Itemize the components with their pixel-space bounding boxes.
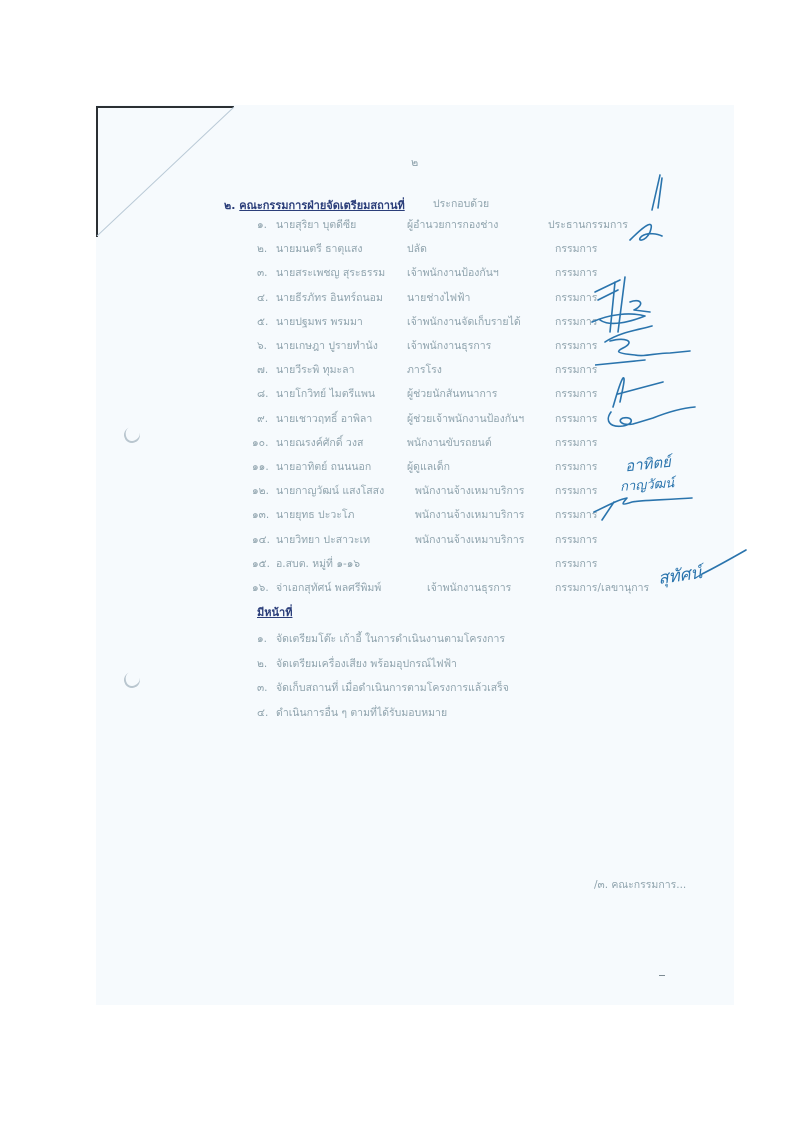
member-position: ผู้ดูแลเด็ก bbox=[407, 462, 450, 473]
section-title: คณะกรรมการฝ่ายจัดเตรียมสถานที่ bbox=[239, 199, 404, 212]
member-name: นายวีระพิ ทุมะลา bbox=[276, 365, 354, 376]
member-position: พนักงานจ้างเหมาบริการ bbox=[415, 486, 524, 497]
member-position: พนักงานจ้างเหมาบริการ bbox=[415, 535, 524, 546]
member-position: เจ้าพนักงานธุรการ bbox=[427, 583, 511, 594]
duty-text: จัดเตรียมเครื่องเสียง พร้อมอุปกรณ์ไฟฟ้า bbox=[276, 659, 457, 670]
duty-number: ๔. bbox=[257, 708, 268, 719]
member-position: เจ้าพนักงานจัดเก็บรายได้ bbox=[407, 317, 521, 328]
section-heading: ๒. คณะกรรมการฝ่ายจัดเตรียมสถานที่ bbox=[224, 200, 405, 211]
member-name: นายสุริยา บุตดีซีย bbox=[276, 220, 356, 231]
duty-text: ดำเนินการอื่น ๆ ตามที่ได้รับมอบหมาย bbox=[276, 708, 447, 719]
member-number: ๑๔. bbox=[252, 535, 270, 546]
member-number: ๓. bbox=[257, 268, 268, 279]
member-position: ผู้ช่วยเจ้าพนักงานป้องกันฯ bbox=[407, 414, 524, 425]
member-role: กรรมการ bbox=[555, 535, 597, 546]
member-number: ๘. bbox=[257, 389, 268, 400]
page-number: ๒ bbox=[411, 157, 418, 168]
duty-number: ๒. bbox=[257, 659, 267, 670]
member-position: ปลัด bbox=[407, 244, 427, 255]
member-name: นายวิทยา ปะสาวะเท bbox=[276, 535, 370, 546]
member-position: นายช่างไฟฟ้า bbox=[407, 293, 470, 304]
member-role: กรรมการ bbox=[555, 389, 597, 400]
member-number: ๖. bbox=[257, 341, 267, 352]
member-position: พนักงานจ้างเหมาบริการ bbox=[415, 510, 524, 521]
member-position: เจ้าพนักงานธุรการ bbox=[407, 341, 491, 352]
member-name: นายณรงค์ศักดิ์ วงส bbox=[276, 438, 363, 449]
member-name: นายอาทิตย์ ถนนนอก bbox=[276, 462, 371, 473]
member-number: ๕. bbox=[257, 317, 268, 328]
signature-6 bbox=[595, 335, 695, 375]
member-role: กรรมการ bbox=[555, 559, 597, 570]
signature-9 bbox=[603, 398, 698, 433]
punch-hole-bottom bbox=[122, 670, 143, 691]
punch-hole-top bbox=[122, 425, 143, 446]
member-position: พนักงานขับรถยนต์ bbox=[407, 438, 492, 449]
member-name: นายปฐมพร พรมมา bbox=[276, 317, 363, 328]
duty-number: ๑. bbox=[257, 634, 267, 645]
member-number: ๑๓. bbox=[252, 510, 269, 521]
member-role: กรรมการ bbox=[555, 462, 597, 473]
member-role: กรรมการ bbox=[555, 365, 597, 376]
member-number: ๙. bbox=[257, 414, 268, 425]
duty-text: จัดเตรียมโต๊ะ เก้าอี้ ในการดำเนินงานตามโ… bbox=[276, 634, 505, 645]
footer-dash bbox=[659, 975, 665, 976]
member-number: ๑. bbox=[257, 220, 267, 231]
member-number: ๒. bbox=[257, 244, 267, 255]
member-position: ผู้ช่วยนักสันทนาการ bbox=[407, 389, 497, 400]
member-number: ๑๑. bbox=[252, 462, 269, 473]
member-number: ๑๐. bbox=[252, 438, 268, 449]
member-position: ผู้อำนวยการกองช่าง bbox=[407, 220, 498, 231]
member-role: กรรมการ bbox=[555, 414, 597, 425]
section-intro: ประกอบด้วย bbox=[433, 199, 489, 210]
member-number: ๑๒. bbox=[252, 486, 269, 497]
member-name: นายกาญวัฒน์ แสงโสสง bbox=[276, 486, 384, 497]
signature-16-tail bbox=[700, 548, 750, 578]
member-position: เจ้าพนักงานป้องกันฯ bbox=[407, 268, 499, 279]
member-name: นายสระเพชญ สุระธรรม bbox=[276, 268, 385, 279]
signature-13 bbox=[592, 492, 702, 522]
member-name: นายเกษฎา ปูรายทำนัง bbox=[276, 341, 378, 352]
signature-1 bbox=[600, 170, 680, 250]
duty-text: จัดเก็บสถานที่ เมื่อดำเนินการตามโครงการแ… bbox=[276, 683, 509, 694]
member-number: ๑๖. bbox=[252, 583, 269, 594]
duties-heading: มีหน้าที่ bbox=[257, 607, 292, 618]
member-number: ๗. bbox=[257, 365, 268, 376]
duty-number: ๓. bbox=[257, 683, 268, 694]
member-position: ภารโรง bbox=[407, 365, 442, 376]
member-name: นายเชาวฤทธิ์ อาพิลา bbox=[276, 414, 372, 425]
member-name: นายโกวิทย์ ไมตรีแพน bbox=[276, 389, 375, 400]
member-name: จ่าเอกสุทัศน์ พลศรีพิมพ์ bbox=[276, 583, 381, 594]
member-role: กรรมการ bbox=[555, 438, 597, 449]
member-role: กรรมการ bbox=[555, 244, 597, 255]
folded-corner bbox=[96, 105, 236, 237]
member-name: นายยุทธ ปะวะโภ bbox=[276, 510, 354, 521]
section-number: ๒. bbox=[224, 199, 235, 212]
member-name: นายธีรภัทร อินทร์ถนอม bbox=[276, 293, 383, 304]
member-number: ๔. bbox=[257, 293, 268, 304]
footer-continuation: /๓. คณะกรรมการ... bbox=[594, 880, 686, 891]
member-number: ๑๕. bbox=[252, 559, 270, 570]
member-name: อ.สบต. หมู่ที่ ๑-๑๖ bbox=[276, 559, 360, 570]
member-role: กรรมการ/เลขานุการ bbox=[555, 583, 649, 594]
member-name: นายมนตรี ธาตุแสง bbox=[276, 244, 363, 255]
